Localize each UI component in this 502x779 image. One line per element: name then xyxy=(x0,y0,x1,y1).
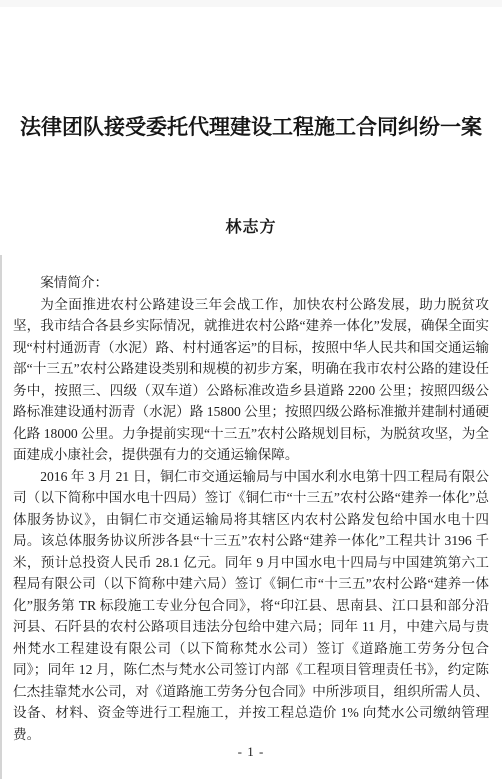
page-number: - 1 - xyxy=(0,744,502,760)
document-page: 法律团队接受委托代理建设工程施工合同纠纷一案 林志方 案情简介： 为全面推进农村… xyxy=(0,0,502,779)
author-name: 林志方 xyxy=(0,214,502,237)
body-paragraph-case-background: 为全面推进农村公路建设三年会战工作，加快农村公路发展，助力脱贫攻坚，我市结合各县… xyxy=(13,294,489,466)
document-title: 法律团队接受委托代理建设工程施工合同纠纷一案 xyxy=(0,111,502,143)
scan-artifact-left-edge xyxy=(0,255,2,779)
document-body: 案情简介： 为全面推进农村公路建设三年会战工作，加快农村公路发展，助力脱贫攻坚，… xyxy=(13,272,489,745)
scan-artifact-top xyxy=(0,0,502,7)
case-brief-label: 案情简介： xyxy=(13,272,489,294)
body-paragraph-contract-chain: 2016 年 3 月 21 日，铜仁市交通运输局与中国水利水电第十四工程局有限公… xyxy=(13,466,489,746)
